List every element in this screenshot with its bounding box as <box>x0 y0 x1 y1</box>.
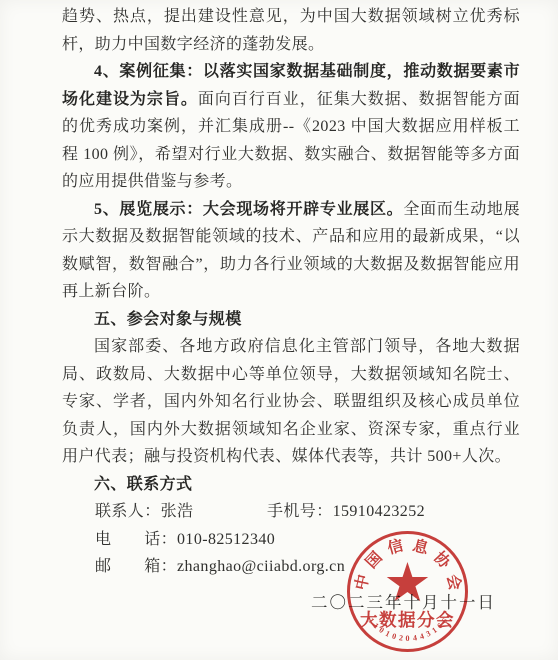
document-body: 趋势、热点，提出建设性意见，为中国大数据领域树立优秀标杆，助力中国数字经济的蓬勃… <box>62 3 520 616</box>
contact-person-label: 联系人： <box>95 503 161 520</box>
seal-arc-char: 中 <box>353 573 371 591</box>
seal-arc-char: 会 <box>443 573 461 591</box>
seal-serial-digit: 2 <box>398 634 403 643</box>
contact-phone-value: 010-82512340 <box>177 531 275 548</box>
paragraph-text: 趋势、热点，提出建设性意见，为中国大数据领域树立优秀标杆，助力中国数字经济的蓬勃… <box>62 8 520 53</box>
seal-serial-digit: 0 <box>406 635 410 643</box>
section-heading-participants: 五、参会对象与规模 <box>62 306 520 334</box>
official-seal: ★ 大数据分会 中国信息协会 1101020443166 <box>347 531 468 652</box>
paragraph-continuation: 趋势、热点，提出建设性意见，为中国大数据领域树立优秀标杆，助力中国数字经济的蓬勃… <box>62 3 520 58</box>
contact-mobile-label: 手机号： <box>267 503 333 520</box>
section-heading-text: 六、联系方式 <box>94 476 192 493</box>
seal-branch-text: 大数据分会 <box>347 607 468 632</box>
star-icon: ★ <box>383 556 431 610</box>
paragraph-case-collection: 4、案例征集：以落实国家数据基础制度，推动数据要素市场化建设为宗旨。面向百行百业… <box>62 58 520 196</box>
contact-person: 联系人：张浩 <box>95 498 267 526</box>
seal-serial-digit: 4 <box>412 634 417 643</box>
paragraph-exhibition: 5、展览展示：大会现场将开辟专业展区。全面而生动地展示大数据及数据智能领域的技术… <box>62 196 520 306</box>
contact-person-value: 张浩 <box>161 503 194 520</box>
document-page: 趋势、热点，提出建设性意见，为中国大数据领域树立优秀标杆，助力中国数字经济的蓬勃… <box>0 0 558 660</box>
paragraph-text: 国家部委、各地方政府信息化主管部门领导，各地大数据局、政数局、大数据中心等单位领… <box>62 338 520 465</box>
seal-arc-char: 息 <box>410 538 429 557</box>
contact-email-value: zhanghao@ciiabd.org.cn <box>177 558 345 575</box>
contact-email-label: 邮 箱： <box>95 558 177 575</box>
seal-arc-char: 信 <box>386 538 405 557</box>
contact-mobile-value: 15910423252 <box>333 503 425 520</box>
contact-phone-label: 电 话： <box>95 531 177 548</box>
section-heading-contact: 六、联系方式 <box>62 471 520 499</box>
section-heading-text: 五、参会对象与规模 <box>94 311 242 328</box>
contact-row-person: 联系人：张浩手机号：15910423252 <box>62 498 520 526</box>
paragraph-bold-text: 5、展览展示：大会现场将开辟专业展区。 <box>94 201 403 218</box>
paragraph-participants: 国家部委、各地方政府信息化主管部门领导，各地大数据局、政数局、大数据中心等单位领… <box>62 333 520 471</box>
